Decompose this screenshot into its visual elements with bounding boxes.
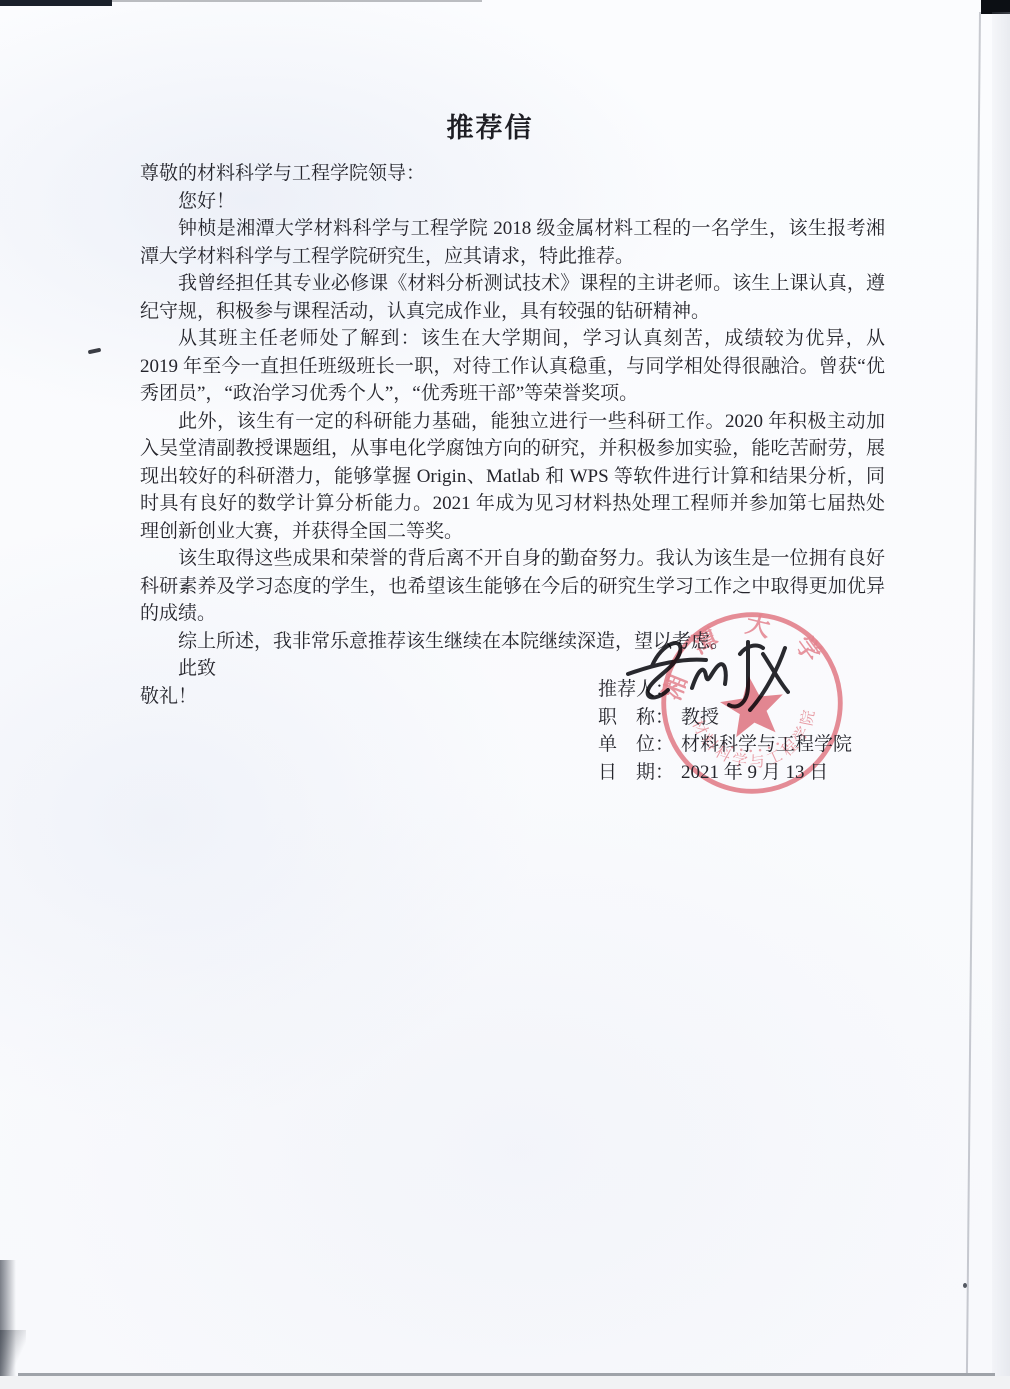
letter-body: 尊敬的材料科学与工程学院领导： 您好！ 钟桢是湘潭大学材料科学与工程学院 201… bbox=[140, 160, 885, 710]
scanned-letter-page: 推荐信 尊敬的材料科学与工程学院领导： 您好！ 钟桢是湘潭大学材料科学与工程学院… bbox=[0, 0, 1010, 1389]
date-value: 2021 年 9 月 13 日 bbox=[681, 762, 828, 783]
scan-artifact-top-left-bar bbox=[0, 0, 112, 6]
scan-artifact-right-margin-shade bbox=[992, 12, 1010, 1389]
scan-artifact-bottom-band bbox=[0, 1376, 1010, 1389]
letter-paragraph: 我曾经担任其专业必修课《材料分析测试技术》课程的主讲老师。该生上课认真，遵纪守规… bbox=[140, 270, 885, 325]
greeting: 您好！ bbox=[140, 188, 885, 216]
scan-artifact-top-thin-line bbox=[112, 0, 482, 2]
handwritten-signature bbox=[622, 630, 812, 730]
signature-row-date: 日 期：2021 年 9 月 13 日 bbox=[598, 759, 852, 787]
letter-paragraph: 该生取得这些成果和荣誉的背后离不开自身的勤奋努力。我认为该生是一位拥有良好科研素… bbox=[140, 545, 885, 628]
letter-paragraph: 此外，该生有一定的科研能力基础，能独立进行一些科研工作。2020 年积极主动加入… bbox=[140, 408, 885, 546]
letter-paragraph: 钟桢是湘潭大学材料科学与工程学院 2018 级金属材料工程的一名学生，该生报考湘… bbox=[140, 215, 885, 270]
letter-paragraph: 从其班主任老师处了解到：该生在大学期间，学习认真刻苦，成绩较为优异，从 2019… bbox=[140, 325, 885, 408]
salutation: 尊敬的材料科学与工程学院领导： bbox=[140, 160, 885, 188]
letter-title: 推荐信 bbox=[140, 106, 840, 145]
scan-artifact-paper-right-edge bbox=[966, 12, 981, 1377]
unit-label: 单 位： bbox=[598, 731, 674, 759]
signature-row-unit: 单 位：材料科学与工程学院 bbox=[598, 731, 852, 759]
unit-value: 材料科学与工程学院 bbox=[681, 734, 852, 755]
date-label: 日 期： bbox=[598, 759, 674, 787]
scan-artifact-pen-mark bbox=[88, 348, 102, 355]
scan-artifact-speck bbox=[963, 1283, 967, 1288]
